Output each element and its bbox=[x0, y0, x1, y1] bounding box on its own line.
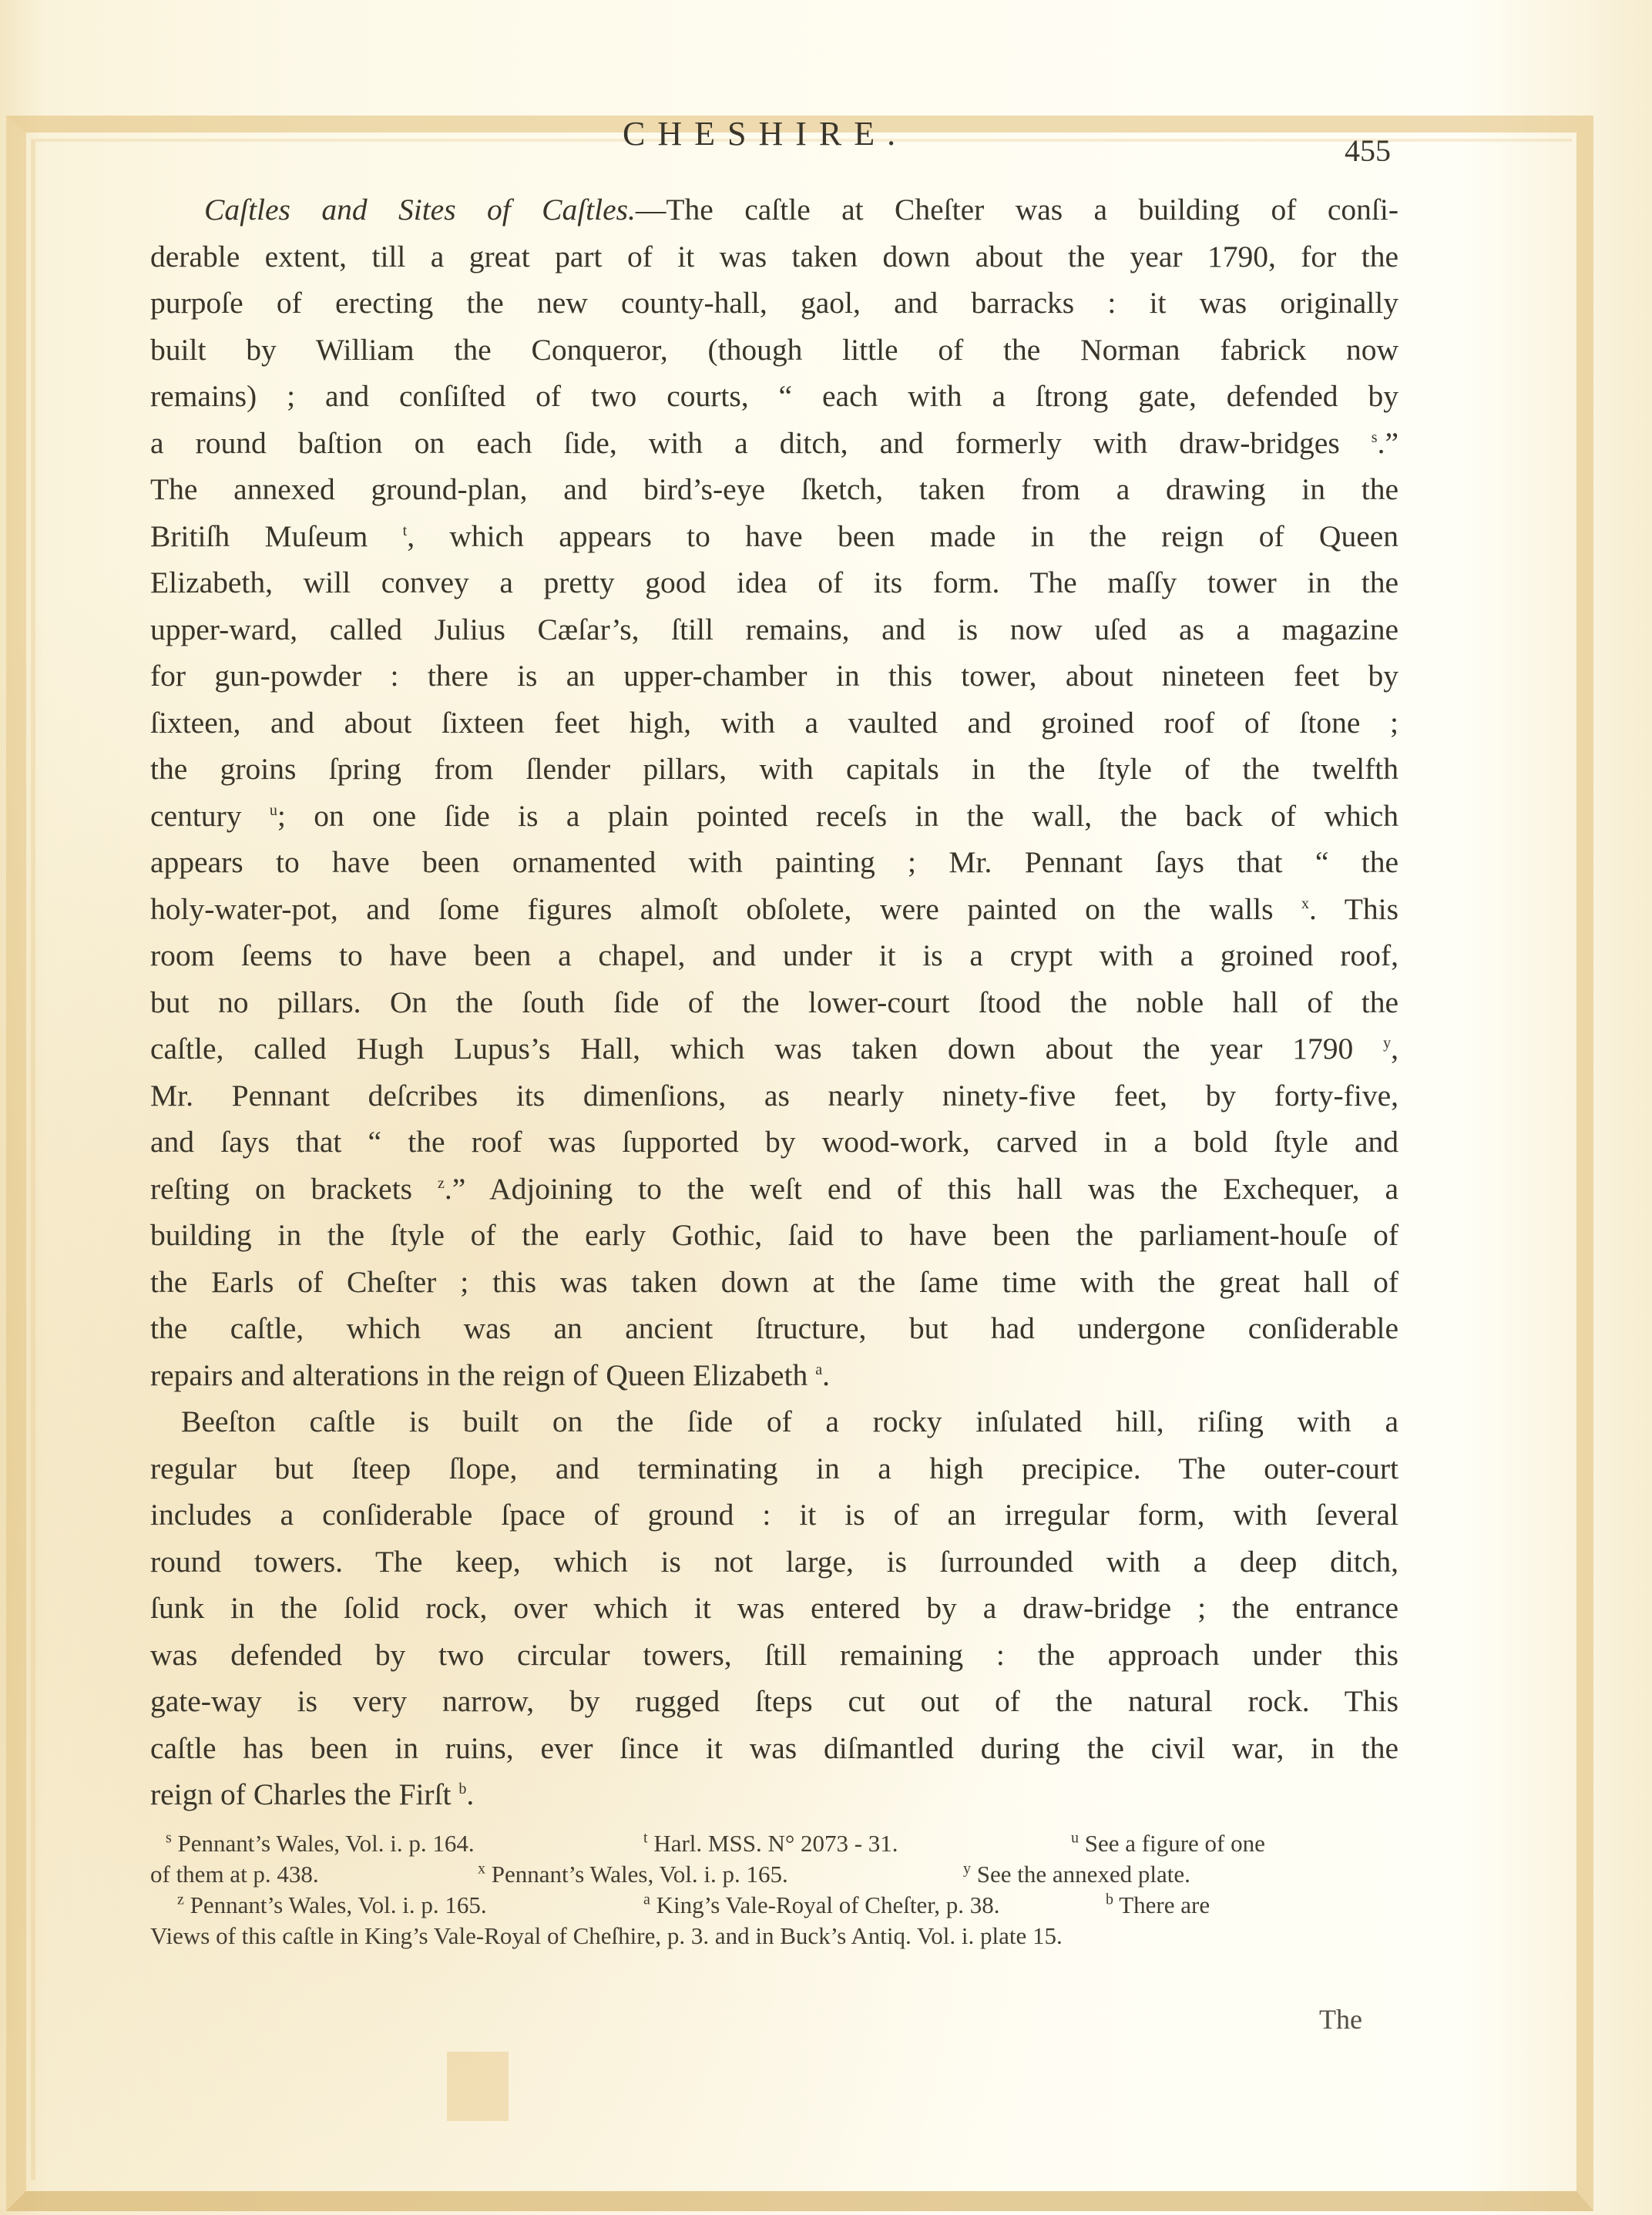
text-line: includes a conſiderable ſpace of ground … bbox=[150, 1492, 1398, 1539]
footnote-mark[interactable]: a bbox=[815, 1361, 822, 1378]
footnote-mark[interactable]: b bbox=[458, 1780, 466, 1797]
footnote-mark[interactable]: s bbox=[1372, 428, 1378, 445]
footnote: x Pennant’s Wales, Vol. i. p. 165. bbox=[470, 1859, 955, 1890]
text-line: regular but ſteep ſlope, and terminating… bbox=[150, 1445, 1398, 1492]
text-line: a round baſtion on each ſide, with a dit… bbox=[150, 420, 1398, 467]
footnote-row: z Pennant’s Wales, Vol. i. p. 165. a Kin… bbox=[150, 1890, 1395, 1921]
text-line: caſtle has been in ruins, ever ſince it … bbox=[150, 1725, 1398, 1772]
footnote: of them at p. 438. bbox=[150, 1859, 470, 1890]
text-line: ſixteen, and about ſixteen feet high, wi… bbox=[150, 700, 1398, 747]
paragraph-beeston-castle: Beeſton caſtle is built on the ſide of a… bbox=[150, 1398, 1398, 1818]
body-text: Caſtles and Sites of Caſtles.—The caſtle… bbox=[150, 186, 1398, 1818]
text-line: round towers. The keep, which is not lar… bbox=[150, 1539, 1398, 1586]
section-heading: Caſtles and Sites of Caſtles. bbox=[204, 193, 636, 227]
text-line: room ſeems to have been a chapel, and un… bbox=[150, 932, 1398, 979]
text-line: the groins ſpring from ſlender pillars, … bbox=[150, 746, 1398, 793]
text-line: built by William the Conqueror, (though … bbox=[150, 327, 1398, 374]
footnote-row: of them at p. 438. x Pennant’s Wales, Vo… bbox=[150, 1859, 1395, 1890]
paragraph-castles-chester: Caſtles and Sites of Caſtles.—The caſtle… bbox=[150, 186, 1398, 1398]
footnote-mark[interactable]: y bbox=[1383, 1035, 1391, 1052]
text-line: Caſtles and Sites of Caſtles.—The caſtle… bbox=[150, 186, 1398, 233]
text-line: repairs and alterations in the reign of … bbox=[150, 1352, 1398, 1399]
text-line: Elizabeth, will convey a pretty good ide… bbox=[150, 559, 1398, 606]
footnotes: s Pennant’s Wales, Vol. i. p. 164. t Har… bbox=[150, 1828, 1395, 1952]
text-line: and ſays that “ the roof was ſupported b… bbox=[150, 1119, 1398, 1166]
text-line: was defended by two circular towers, ſti… bbox=[150, 1632, 1398, 1679]
text-line: derable extent, till a great part of it … bbox=[150, 233, 1398, 280]
text-line: purpoſe of erecting the new county-hall,… bbox=[150, 280, 1398, 327]
text-line: reſting on brackets z.” Adjoining to the… bbox=[150, 1166, 1398, 1213]
text-line: gate-way is very narrow, by rugged ſteps… bbox=[150, 1678, 1398, 1725]
footnote: s Pennant’s Wales, Vol. i. p. 164. bbox=[150, 1828, 609, 1859]
text-line: caſtle, called Hugh Lupus’s Hall, which … bbox=[150, 1025, 1398, 1072]
text-line: Britiſh Muſeum t, which appears to have … bbox=[150, 513, 1398, 560]
footnote: t Harl. MSS. N° 2073 - 31. bbox=[609, 1828, 1071, 1859]
stain-patch bbox=[447, 2052, 509, 2121]
footnote: b There are bbox=[1106, 1890, 1210, 1921]
text-line: the caſtle, which was an ancient ſtructu… bbox=[150, 1305, 1398, 1352]
text-line: reign of Charles the Firſt b. bbox=[150, 1771, 1398, 1818]
footnote: z Pennant’s Wales, Vol. i. p. 165. bbox=[150, 1890, 624, 1921]
text-line: Beeſton caſtle is built on the ſide of a… bbox=[150, 1398, 1398, 1445]
text-line: the Earls of Cheſter ; this was taken do… bbox=[150, 1259, 1398, 1306]
text-line: The annexed ground-plan, and bird’s-eye … bbox=[150, 466, 1398, 513]
footnote-continuation: Views of this caſtle in King’s Vale-Roya… bbox=[150, 1921, 1063, 1952]
running-head: CHESHIRE. bbox=[623, 114, 908, 153]
text-line: holy-water-pot, and ſome figures almoſt … bbox=[150, 886, 1398, 933]
catchword: The bbox=[1319, 2003, 1362, 2035]
text-line: remains) ; and conſiſted of two courts, … bbox=[150, 373, 1398, 420]
footnote: u See a figure of one bbox=[1071, 1828, 1265, 1859]
page-number: 455 bbox=[1345, 133, 1391, 169]
text-line: century u; on one ſide is a plain pointe… bbox=[150, 793, 1398, 840]
footnote-row: Views of this caſtle in King’s Vale-Roya… bbox=[150, 1921, 1395, 1952]
footnote-row: s Pennant’s Wales, Vol. i. p. 164. t Har… bbox=[150, 1828, 1395, 1859]
text-line: Mr. Pennant deſcribes its dimenſions, as… bbox=[150, 1072, 1398, 1119]
text-line: appears to have been ornamented with pai… bbox=[150, 839, 1398, 886]
footnote-mark[interactable]: u bbox=[270, 801, 277, 818]
footnote-mark[interactable]: z bbox=[438, 1174, 445, 1191]
footnote: a King’s Vale-Royal of Cheſter, p. 38. bbox=[624, 1890, 1106, 1921]
footnote: y See the annexed plate. bbox=[955, 1859, 1190, 1890]
text-line: building in the ſtyle of the early Gothi… bbox=[150, 1212, 1398, 1259]
text-line: but no pillars. On the ſouth ſide of the… bbox=[150, 979, 1398, 1026]
text-line: ſunk in the ſolid rock, over which it wa… bbox=[150, 1585, 1398, 1632]
text-line: for gun-powder : there is an upper-chamb… bbox=[150, 653, 1398, 700]
footnote-mark[interactable]: x bbox=[1301, 894, 1309, 911]
text-line: upper-ward, called Julius Cæſar’s, ſtill… bbox=[150, 606, 1398, 653]
